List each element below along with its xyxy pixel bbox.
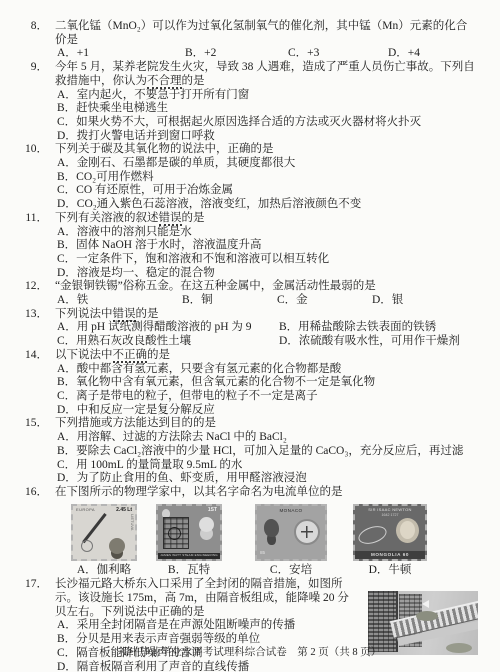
- question: 12．“金银铜铁锡”俗称五金。在这五种金属中，金属活动性最弱的是A．铁B．铜C．…: [24, 280, 478, 307]
- question-stem: 今年 5 月，某养老院发生火灾，导致 38 人遇难，造成了严重人员伤亡事故。下列…: [55, 61, 478, 88]
- option: C．如果火势不大，可根据起火原因选择合适的方法或灭火器材将火扑灭: [57, 116, 478, 130]
- ampere-profile: [264, 519, 279, 537]
- question-body: 二氧化锰（MnO₂）可以作为过氧化氢制氧气的催化剂，其中锰（Mn）元素的化合价是…: [55, 20, 478, 61]
- options-row: A．铁B．铜C．金D．银: [57, 294, 478, 308]
- options-row: A．+1B．+2C．+3D．+4: [57, 47, 478, 61]
- stem-text: 下列说法中: [55, 308, 113, 320]
- question-body: 下列有关溶液的叙述错误的是A．溶液中的溶剂只能是水B．固体 NaOH 溶于水时，…: [55, 212, 478, 281]
- question: 15．下列措施或方法能达到目的的是A．用溶解、过滤的方法除去 NaCl 中的 B…: [24, 417, 478, 486]
- option: B．固体 NaOH 溶于水时，溶液温度升高: [57, 239, 478, 253]
- question: 14．以下说法中不正确的是A．酸中都含有氢元素，只要含有氢元素的化合物都是酸B．…: [24, 349, 478, 418]
- question: 16．在下图所示的物理学家中，以其名字命名为电流单位的是EUROPA2.45 L…: [24, 486, 478, 578]
- diagram-circle: [81, 540, 93, 552]
- option: D．浓硫酸有吸水性，可用作干燥剂: [279, 335, 478, 349]
- stamp-image: SIR ISAAC NEWTON1642 1727MONGOLIA 60: [353, 504, 427, 561]
- orbit-ellipse: [356, 523, 389, 547]
- question: 13．下列说法中错误的是A．用 pH 试纸测得醋酸溶液的 pH 为 9B．用稀盐…: [24, 308, 478, 349]
- question-number: 15．: [24, 417, 55, 431]
- emphasized-text: 错误: [159, 212, 182, 226]
- stamp-figure: SIR ISAAC NEWTON1642 1727MONGOLIA 60D．牛顿: [353, 504, 427, 578]
- question-body: 下列关于碳及其氧化物的说法中，正确的是A．金刚石、石墨都是碳的单质，其硬度都很大…: [55, 143, 478, 212]
- emphasized-text: 错误: [113, 308, 136, 322]
- option: B．要除去 CaCl₂溶液中的少量 HCl，可加入足量的 CaCO₃，充分反应后…: [57, 445, 478, 459]
- question-stem: 二氧化锰（MnO₂）可以作为过氧化氢制氧气的催化剂，其中锰（Mn）元素的化合价是: [55, 20, 478, 47]
- question-number: 16．: [24, 486, 55, 500]
- question: 10．下列关于碳及其氧化物的说法中，正确的是A．金刚石、石墨都是碳的单质，其硬度…: [24, 143, 478, 212]
- stamp-inscription: SIR ISAAC NEWTON: [355, 508, 425, 512]
- stamp-inscription: 1642 1727: [355, 514, 425, 518]
- option: A．用 pH 试纸测得醋酸溶液的 pH 为 9: [57, 321, 279, 335]
- stem-text: 的是: [147, 349, 170, 361]
- option: D．CO₂通入紫色石蕊溶液，溶液变红，加热后溶液颜色不变: [57, 198, 478, 212]
- question-number: 9．: [24, 61, 55, 75]
- option: B．用稀盐酸除去铁表面的铁锈: [279, 321, 478, 335]
- stamps-row: EUROPA2.45 LtLIETUVAA．伽利略1STJAMES WATT S…: [71, 504, 478, 578]
- option: C．用 100mL 的量筒量取 9.5mL 的水: [57, 459, 478, 473]
- option: C．用熟石灰改良酸性土壤: [57, 335, 279, 349]
- question-number: 12．: [24, 280, 55, 294]
- option: C．离子是带电的粒子，但带电的粒子不一定是离子: [57, 390, 478, 404]
- stem-text: 下列关于碳及其氧化物的说法中，正确的是: [55, 143, 274, 155]
- question-list: 8．二氧化锰（MnO₂）可以作为过氧化氢制氧气的催化剂，其中锰（Mn）元素的化合…: [24, 20, 478, 672]
- option: B．氧化物中含有氧元素，但含氧元素的化合物不一定是氧化物: [57, 376, 478, 390]
- option: B．+2: [185, 47, 288, 61]
- exam-page: 8．二氧化锰（MnO₂）可以作为过氧化氢制氧气的催化剂，其中锰（Mn）元素的化合…: [0, 0, 500, 672]
- arrow-marker: [422, 600, 429, 608]
- question-stem: 下列说法中错误的是: [55, 308, 478, 322]
- emphasized-text: 不正确: [113, 349, 148, 363]
- option: D．银: [372, 294, 478, 308]
- question-number: 17．: [24, 578, 55, 592]
- question-body: 以下说法中不正确的是A．酸中都含有氢元素，只要含有氢元素的化合物都是酸B．氧化物…: [55, 349, 478, 418]
- telescope-shape: [82, 513, 106, 543]
- option: A．铁: [57, 294, 182, 308]
- stem-text: 二氧化锰（MnO₂）可以作为过氧化氢制氧气的催化剂，其中锰（Mn）元素的化合价是: [55, 20, 467, 46]
- stamp-inscription: LIETUVA: [130, 514, 134, 530]
- question-stem: 以下说法中不正确的是: [55, 349, 478, 363]
- question: 9．今年 5 月，某养老院发生火灾，导致 38 人遇难，造成了严重人员伤亡事故。…: [24, 61, 478, 143]
- options-row: A．用 pH 试纸测得醋酸溶液的 pH 为 9B．用稀盐酸除去铁表面的铁锈C．用…: [57, 321, 478, 348]
- stamp-inscription: MONGOLIA 60: [355, 551, 425, 559]
- watt-portrait: [199, 517, 214, 532]
- stamp-inscription: MONACO: [257, 509, 325, 514]
- question-number: 8．: [24, 20, 55, 34]
- question-body: “金银铜铁锡”俗称五金。在这五种金属中，金属活动性最弱的是A．铁B．铜C．金D．…: [55, 280, 478, 307]
- stamp-image: 1STJAMES WATT STEAM ENGINEERING: [156, 504, 222, 561]
- option: C．金: [277, 294, 372, 308]
- stem-text: 下列有关溶液的叙述: [55, 212, 159, 224]
- stamp-caption: C．安培: [255, 564, 327, 578]
- question-stem: “金银铜铁锡”俗称五金。在这五种金属中，金属活动性最弱的是: [55, 280, 478, 294]
- stamp-figure: 1STJAMES WATT STEAM ENGINEERINGB．瓦特: [156, 504, 222, 578]
- option: A．用溶解、过滤的方法除去 NaCl 中的 BaCl₂: [57, 431, 478, 445]
- stem-text: 的是: [182, 212, 205, 224]
- option: B．赶快乘坐电梯逃生: [57, 102, 478, 116]
- stamp-image: EUROPA2.45 LtLIETUVA: [71, 504, 137, 561]
- stamp-figure: MONACO85C．安培: [255, 504, 327, 578]
- option: D．隔音板隔音利用了声音的直线传播: [57, 661, 478, 672]
- stem-text: 下列措施或方法能达到目的的是: [55, 417, 216, 429]
- option: D．溶液是均一、稳定的混合物: [57, 267, 478, 281]
- question-body: 在下图所示的物理学家中，以其名字命名为电流单位的是EUROPA2.45 LtLI…: [55, 486, 478, 578]
- flywheel-shape: [168, 527, 181, 540]
- option: A．金刚石、石墨都是碳的单质，其硬度都很大: [57, 157, 478, 171]
- question-number: 10．: [24, 143, 55, 157]
- stem-text: “金银铜铁锡”俗称五金。在这五种金属中，金属活动性最弱的是: [55, 280, 376, 292]
- stamp-inscription: JAMES WATT STEAM ENGINEERING: [158, 553, 220, 559]
- newton-face: [400, 521, 415, 539]
- option: D．+4: [388, 47, 478, 61]
- option: C．CO 有还原性，可用于冶炼金属: [57, 184, 478, 198]
- option: C．+3: [288, 47, 388, 61]
- stamp-inscription: EUROPA: [76, 508, 95, 512]
- stamp-image: MONACO85: [255, 504, 327, 561]
- galvanometer-emblem: [294, 519, 320, 545]
- question-body: 今年 5 月，某养老院发生火灾，导致 38 人遇难，造成了严重人员伤亡事故。下列…: [55, 61, 478, 143]
- option: B．CO₂可用作燃料: [57, 171, 478, 185]
- option: A．+1: [57, 47, 185, 61]
- option: D．中和反应一定是复分解反应: [57, 404, 478, 418]
- question-body: 下列说法中错误的是A．用 pH 试纸测得醋酸溶液的 pH 为 9B．用稀盐酸除去…: [55, 308, 478, 349]
- option: D．为了防止食用的鱼、虾变质，用甲醛溶液浸泡: [57, 472, 478, 486]
- stamp-inscription: 1ST: [208, 508, 217, 513]
- page-footer: 初中毕业学业水平考试理科综合试卷 第 2 页（共 8 页）: [0, 646, 500, 660]
- stem-text: 以下说法中: [55, 349, 113, 361]
- stem-text: 今年 5 月，某养老院发生火灾，导致 38 人遇难，造成了严重人员伤亡事故。下列…: [55, 61, 475, 87]
- stamp-inscription: 85: [260, 551, 265, 556]
- question: 8．二氧化锰（MnO₂）可以作为过氧化氢制氧气的催化剂，其中锰（Mn）元素的化合…: [24, 20, 478, 61]
- stem-text: 在下图所示的物理学家中，以其名字命名为电流单位的是: [55, 486, 343, 498]
- galileo-portrait: [109, 538, 125, 554]
- emphasized-text: 不合理: [147, 75, 182, 89]
- option: A．酸中都含有氢元素，只要含有氢元素的化合物都是酸: [57, 363, 478, 377]
- option: A．室内起火，不要急于打开所有门窗: [57, 89, 478, 103]
- question-number: 11．: [24, 212, 55, 226]
- stem-text: 长沙福元路大桥东入口采用了全封闭的隔音措施，如图所示。该设施长 175m，高 7…: [55, 578, 349, 617]
- question-body: 下列措施或方法能达到目的的是A．用溶解、过滤的方法除去 NaCl 中的 BaCl…: [55, 417, 478, 486]
- question-number: 13．: [24, 308, 55, 322]
- question-stem: 下列关于碳及其氧化物的说法中，正确的是: [55, 143, 478, 157]
- stamp-caption: B．瓦特: [156, 564, 222, 578]
- question-stem: 下列有关溶液的叙述错误的是: [55, 212, 478, 226]
- stem-text: 的是: [182, 75, 205, 87]
- question: 11．下列有关溶液的叙述错误的是A．溶液中的溶剂只能是水B．固体 NaOH 溶于…: [24, 212, 478, 281]
- stamp-caption: A．伽利略: [71, 564, 137, 578]
- stamp-figure: EUROPA2.45 LtLIETUVAA．伽利略: [71, 504, 137, 578]
- option: A．溶液中的溶剂只能是水: [57, 226, 478, 240]
- stem-text: 的是: [136, 308, 159, 320]
- option: C．一定条件下，饱和溶液和不饱和溶液可以相互转化: [57, 253, 478, 267]
- option: B．铜: [182, 294, 277, 308]
- stamp-inscription: 2.45 Lt: [116, 508, 132, 513]
- option: D．拨打火警电话并到窗口呼救: [57, 130, 478, 144]
- stamp-caption: D．牛顿: [353, 564, 427, 578]
- question-stem: 在下图所示的物理学家中，以其名字命名为电流单位的是: [55, 486, 478, 500]
- question-number: 14．: [24, 349, 55, 363]
- question-stem: 下列措施或方法能达到目的的是: [55, 417, 478, 431]
